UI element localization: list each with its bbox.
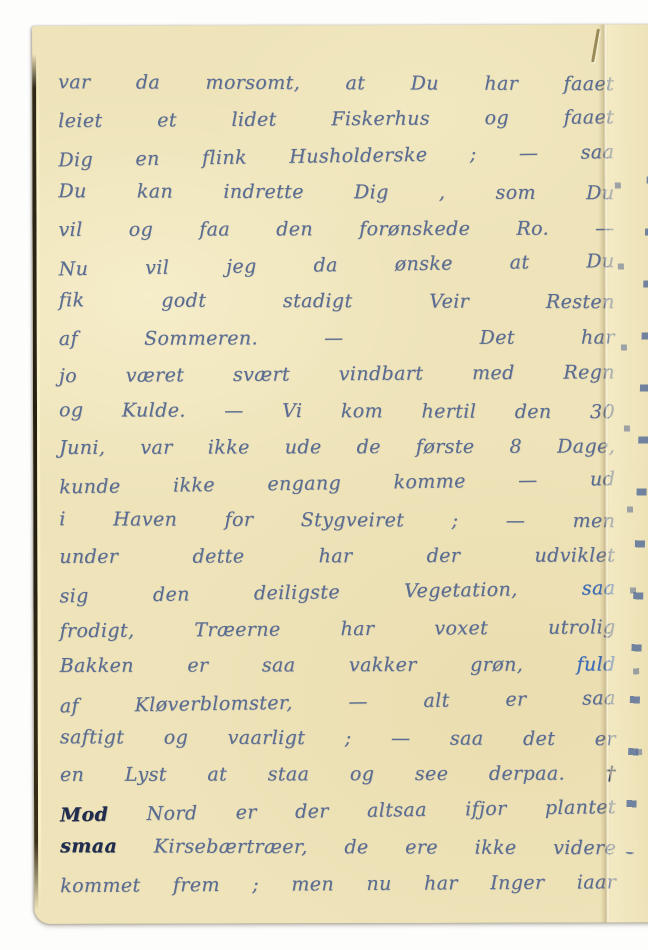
letter-line: jo været svært vindbart med Regn [59,354,615,394]
letter-word-segment: Nu vil jeg da ønske at Du [58,250,614,280]
letter-line: Nu vil jeg da ønske at Du [58,243,614,288]
letter-word-segment: Bakken er saa vakker grøn, [60,654,577,677]
letter-word-segment: Kirsebærtræer, de ere ikke videre [117,836,616,860]
letter-word-segment: kunde ikke engang komme — ud [59,468,615,498]
letter-word-segment: fik godt stadigt Veir Resten [59,290,615,314]
letter-word-segment: af Kløverblomster, — alt er saa [60,687,616,717]
letter-word-segment: Du kan indrette Dig , som Du [58,180,614,204]
letter-word-segment: kommet frem ; men nu har Inger iaar [60,871,616,897]
letter-word-segment: var da morsomt, at Du har faaet [58,71,614,95]
letter-line: af Kløverblomster, — alt er saa [60,680,616,725]
letter-word-segment: jo været svært vindbart med Regn [59,361,615,387]
letter-word-segment: smaa [60,835,117,857]
letter-word-segment: Det har [480,326,615,348]
letter-line: Mod Nord er der altsaa ifjor plantet [60,789,616,834]
letter-line: under dette har der udviklet [59,538,615,576]
letter-word-segment: en Lyst at staa og see derpaa. [60,763,606,786]
letter-line: fik godt stadigt Veir Resten [59,283,615,321]
letter-line: leiet et lidet Fiskerhus og faaet [58,100,614,140]
letter-word-segment: Dig en flink Husholderske ; — saa [58,141,614,171]
letter-word-segment: saftigt og vaarligt ; — saa det er [60,726,616,750]
letter-line: kommet frem ; men nu har Inger iaar [60,864,616,904]
letter-line: Juni, var ikke ude de første 8 Dage, [59,428,615,466]
letter-word-segment: i Haven for Stygveiret ; — men [59,508,615,532]
letter-line: saftigt og vaarligt ; — saa det er [60,719,616,757]
adjacent-page-strip [608,24,648,922]
letter-word-segment: frodigt, Træerne har voxet utrolig [60,616,616,642]
letter-line: smaa Kirsebærtræer, de ere ikke videre [60,828,616,866]
letter-word-segment: leiet et lidet Fiskerhus og faaet [58,107,614,133]
letter-word-segment: sig den deiligste Vegetation, [59,578,582,608]
letter-line: kunde ikke engang komme — ud [59,461,615,506]
letter-line: i Haven for Stygveiret ; — men [59,501,615,539]
letter-line: Dig en flink Husholderske ; — saa [58,134,614,179]
letter-word-segment: vil og faa den forønskede Ro. — [59,217,615,240]
letter-word-segment: af Sommeren. — [59,327,410,350]
letter-line: vil og faa den forønskede Ro. — [58,210,614,248]
letter-line: frodigt, Træerne har voxet utrolig [59,609,615,649]
letter-line: sig den deiligste Vegetation, saa [59,571,615,616]
letter-word-segment: under dette har der udviklet [59,545,615,568]
letter-word-segment: Juni, var ikke ude de første 8 Dage, [59,435,615,458]
letter-word-segment: og Kulde. — Vi kom hertil den 30 [59,399,615,423]
scan-background: var da morsomt, at Du har faaetleiet et … [0,0,648,950]
letter-word-segment: Nord er der altsaa ifjor plantet [108,796,616,826]
letter-line: og Kulde. — Vi kom hertil den 30 [59,392,615,430]
letter-line: Bakken er saa vakker grøn, fuld [60,647,616,685]
letter-line: en Lyst at staa og see derpaa. † [60,756,616,794]
letter-line: af Sommeren. — Det har [59,319,615,357]
letter-text: var da morsomt, at Du har faaetleiet et … [58,64,616,902]
letter-line: Du kan indrette Dig , som Du [58,173,614,211]
letter-line: var da morsomt, at Du har faaet [58,64,614,102]
letter-word-segment: Mod [60,803,109,826]
letter-page: var da morsomt, at Du har faaetleiet et … [32,24,648,924]
